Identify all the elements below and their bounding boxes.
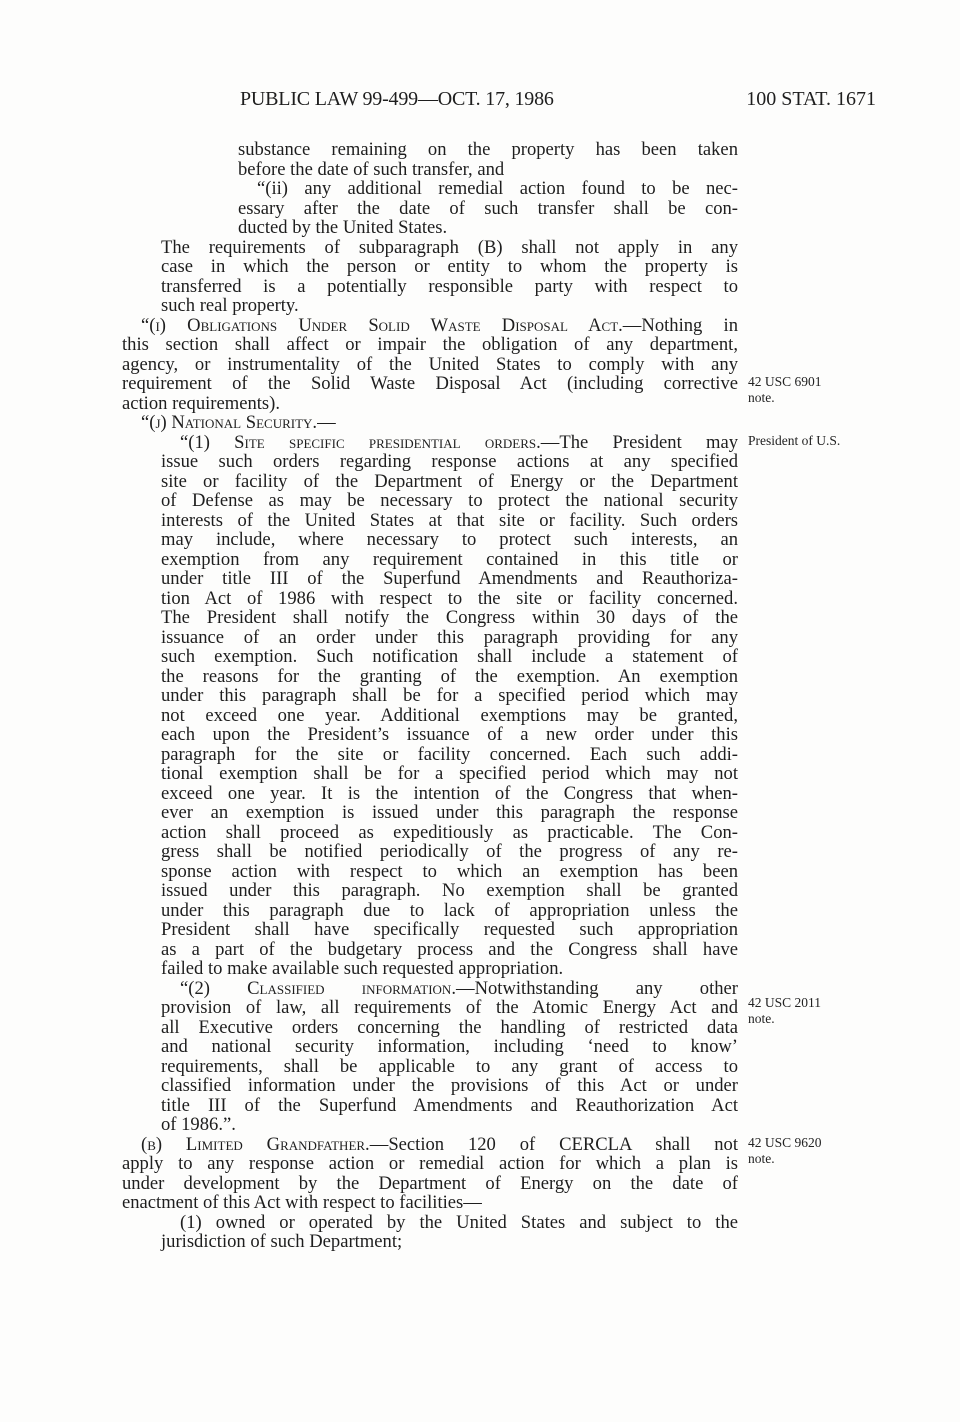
line-text: the reasons for the granting of the exem… bbox=[161, 666, 738, 687]
text-line: under title III of the Superfund Amendme… bbox=[161, 569, 738, 589]
section-heading: “(i) Obligations Under Solid Waste Dispo… bbox=[141, 315, 623, 336]
text-line: ever an exemption is issued under this p… bbox=[161, 803, 738, 823]
line-text: not exceed one year. Additional exemptio… bbox=[161, 705, 738, 726]
statute-page-number: 100 STAT. 1671 bbox=[746, 88, 876, 111]
line-text: issue such orders regarding response act… bbox=[161, 451, 738, 472]
text-line: issuance of an order under this paragrap… bbox=[161, 628, 738, 648]
line-text: such exemption. Such notification shall … bbox=[161, 646, 738, 667]
line-text: title III of the Superfund Amendments an… bbox=[161, 1095, 738, 1116]
line-text: ever an exemption is issued under this p… bbox=[161, 802, 738, 823]
line-text: failed to make available such requested … bbox=[161, 958, 563, 979]
text-line: as a part of the budgetary process and t… bbox=[161, 940, 738, 960]
text-line: “(2) Classified information.—Notwithstan… bbox=[180, 979, 738, 999]
document-page: PUBLIC LAW 99-499—OCT. 17, 1986 100 STAT… bbox=[0, 0, 960, 1422]
line-text: The President shall notify the Congress … bbox=[161, 607, 738, 628]
text-line: The President shall notify the Congress … bbox=[161, 608, 738, 628]
line-text: (1) owned or operated by the United Stat… bbox=[180, 1212, 738, 1233]
text-line: title III of the Superfund Amendments an… bbox=[161, 1096, 738, 1116]
line-text: this section shall affect or impair the … bbox=[122, 334, 738, 355]
text-line: gress shall be notified periodically of … bbox=[161, 842, 738, 862]
line-text: —Nothing in bbox=[623, 315, 738, 336]
text-line: The requirements of subparagraph (B) sha… bbox=[161, 238, 738, 258]
text-line: exceed one year. It is the intention of … bbox=[161, 784, 738, 804]
section-heading: (b) Limited Grandfather. bbox=[141, 1134, 370, 1155]
text-line: transferred is a potentially responsible… bbox=[161, 277, 738, 297]
line-text: substance remaining on the property has … bbox=[238, 139, 738, 160]
text-line: failed to make available such requested … bbox=[161, 959, 738, 979]
line-text: requirement of the Solid Waste Disposal … bbox=[122, 373, 738, 394]
line-text: transferred is a potentially responsible… bbox=[161, 276, 738, 297]
margin-note-line: 42 USC 9620 bbox=[748, 1135, 822, 1151]
text-line: each upon the President’s issuance of a … bbox=[161, 725, 738, 745]
text-line: apply to any response action or remedial… bbox=[122, 1154, 738, 1174]
margin-note: 42 USC 6901note. bbox=[748, 374, 822, 406]
text-line: action shall proceed as expeditiously as… bbox=[161, 823, 738, 843]
line-text: under title III of the Superfund Amendme… bbox=[161, 568, 738, 589]
line-text: such real property. bbox=[161, 295, 299, 316]
text-line: under development by the Department of E… bbox=[122, 1174, 738, 1194]
text-line: jurisdiction of such Department; bbox=[161, 1232, 738, 1252]
text-line: exemption from any requirement contained… bbox=[161, 550, 738, 570]
margin-note-line: President of U.S. bbox=[748, 433, 840, 449]
text-line: the reasons for the granting of the exem… bbox=[161, 667, 738, 687]
margin-note-line: 42 USC 6901 bbox=[748, 374, 822, 390]
line-text: enactment of this Act with respect to fa… bbox=[122, 1192, 482, 1213]
line-text: under development by the Department of E… bbox=[122, 1173, 738, 1194]
page-header: PUBLIC LAW 99-499—OCT. 17, 1986 100 STAT… bbox=[240, 88, 876, 114]
line-text: apply to any response action or remedial… bbox=[122, 1153, 738, 1174]
text-line: site or facility of the Department of En… bbox=[161, 472, 738, 492]
text-line: of Defense as may be necessary to protec… bbox=[161, 491, 738, 511]
margin-note-line: note. bbox=[748, 1151, 822, 1167]
text-line: such real property. bbox=[161, 296, 738, 316]
line-text: gress shall be notified periodically of … bbox=[161, 841, 738, 862]
text-line: not exceed one year. Additional exemptio… bbox=[161, 706, 738, 726]
line-text: under this paragraph shall be for a spec… bbox=[161, 685, 738, 706]
text-line: classified information under the provisi… bbox=[161, 1076, 738, 1096]
line-text: paragraph for the site or facility conce… bbox=[161, 744, 738, 765]
line-text: tion Act of 1986 with respect to the sit… bbox=[161, 588, 738, 609]
line-text: all Executive orders concerning the hand… bbox=[161, 1017, 738, 1038]
text-line: of 1986.”. bbox=[161, 1115, 738, 1135]
line-text: issuance of an order under this paragrap… bbox=[161, 627, 738, 648]
text-line: under this paragraph shall be for a spec… bbox=[161, 686, 738, 706]
margin-note: President of U.S. bbox=[748, 433, 840, 449]
text-line: may include, where necessary to protect … bbox=[161, 530, 738, 550]
line-text: before the date of such transfer, and bbox=[238, 159, 504, 180]
text-line: agency, or instrumentality of the United… bbox=[122, 355, 738, 375]
text-line: “(i) Obligations Under Solid Waste Dispo… bbox=[141, 316, 738, 336]
line-text: —Section 120 of CERCLA shall not bbox=[370, 1134, 738, 1155]
line-text: may include, where necessary to protect … bbox=[161, 529, 738, 550]
line-text: provision of law, all requirements of th… bbox=[161, 997, 738, 1018]
line-text: The requirements of subparagraph (B) sha… bbox=[161, 237, 738, 258]
text-line: under this paragraph due to lack of appr… bbox=[161, 901, 738, 921]
text-line: President shall have specifically reques… bbox=[161, 920, 738, 940]
text-line: enactment of this Act with respect to fa… bbox=[122, 1193, 738, 1213]
line-text: —The President may bbox=[541, 432, 738, 453]
text-line: (1) owned or operated by the United Stat… bbox=[180, 1213, 738, 1233]
text-line: provision of law, all requirements of th… bbox=[161, 998, 738, 1018]
line-text: “(ii) any additional remedial action fou… bbox=[257, 178, 738, 199]
line-text: as a part of the budgetary process and t… bbox=[161, 939, 738, 960]
text-line: tional exemption shall be for a specifie… bbox=[161, 764, 738, 784]
text-line: all Executive orders concerning the hand… bbox=[161, 1018, 738, 1038]
line-text: interests of the United States at that s… bbox=[161, 510, 738, 531]
text-line: such exemption. Such notification shall … bbox=[161, 647, 738, 667]
text-line: (b) Limited Grandfather.—Section 120 of … bbox=[141, 1135, 738, 1155]
line-text: issued under this paragraph. No exemptio… bbox=[161, 880, 738, 901]
text-line: requirements, shall be applicable to any… bbox=[161, 1057, 738, 1077]
text-line: action requirements). bbox=[122, 394, 738, 414]
line-text: exemption from any requirement contained… bbox=[161, 549, 738, 570]
line-text: case in which the person or entity to wh… bbox=[161, 256, 738, 277]
section-heading: “(1) Site specific presidential orders. bbox=[180, 432, 541, 453]
text-line: sponse action with respect to which an e… bbox=[161, 862, 738, 882]
section-heading: “(2) Classified information. bbox=[180, 978, 456, 999]
line-text: under this paragraph due to lack of appr… bbox=[161, 900, 738, 921]
text-line: this section shall affect or impair the … bbox=[122, 335, 738, 355]
text-line: and national security information, inclu… bbox=[161, 1037, 738, 1057]
text-line: substance remaining on the property has … bbox=[238, 140, 738, 160]
line-text: tional exemption shall be for a specifie… bbox=[161, 763, 738, 784]
text-line: tion Act of 1986 with respect to the sit… bbox=[161, 589, 738, 609]
line-text: and national security information, inclu… bbox=[161, 1036, 738, 1057]
text-line: issued under this paragraph. No exemptio… bbox=[161, 881, 738, 901]
line-text: essary after the date of such transfer s… bbox=[238, 198, 738, 219]
line-text: agency, or instrumentality of the United… bbox=[122, 354, 738, 375]
line-text: site or facility of the Department of En… bbox=[161, 471, 738, 492]
section-heading: “(j) National Security. bbox=[141, 412, 317, 433]
margin-note-line: note. bbox=[748, 390, 822, 406]
line-text: President shall have specifically reques… bbox=[161, 919, 738, 940]
text-line: requirement of the Solid Waste Disposal … bbox=[122, 374, 738, 394]
line-text: each upon the President’s issuance of a … bbox=[161, 724, 738, 745]
law-title: PUBLIC LAW 99-499—OCT. 17, 1986 bbox=[240, 88, 554, 111]
margin-note-line: 42 USC 2011 bbox=[748, 995, 821, 1011]
text-line: “(1) Site specific presidential orders.—… bbox=[180, 433, 738, 453]
text-line: “(ii) any additional remedial action fou… bbox=[257, 179, 738, 199]
line-text: exceed one year. It is the intention of … bbox=[161, 783, 738, 804]
text-line: issue such orders regarding response act… bbox=[161, 452, 738, 472]
line-text: sponse action with respect to which an e… bbox=[161, 861, 738, 882]
line-text: action requirements). bbox=[122, 393, 280, 414]
line-text: of Defense as may be necessary to protec… bbox=[161, 490, 738, 511]
margin-note: 42 USC 2011note. bbox=[748, 995, 821, 1027]
line-text: jurisdiction of such Department; bbox=[161, 1231, 402, 1252]
line-text: — bbox=[317, 412, 336, 433]
line-text: —Notwithstanding any other bbox=[456, 978, 738, 999]
margin-note-line: note. bbox=[748, 1011, 821, 1027]
line-text: ducted by the United States. bbox=[238, 217, 447, 238]
line-text: of 1986.”. bbox=[161, 1114, 236, 1135]
text-line: interests of the United States at that s… bbox=[161, 511, 738, 531]
text-line: “(j) National Security.— bbox=[141, 413, 441, 433]
text-line: case in which the person or entity to wh… bbox=[161, 257, 738, 277]
line-text: classified information under the provisi… bbox=[161, 1075, 738, 1096]
margin-note: 42 USC 9620note. bbox=[748, 1135, 822, 1167]
line-text: action shall proceed as expeditiously as… bbox=[161, 822, 738, 843]
text-line: ducted by the United States. bbox=[238, 218, 738, 238]
text-line: paragraph for the site or facility conce… bbox=[161, 745, 738, 765]
text-line: essary after the date of such transfer s… bbox=[238, 199, 738, 219]
line-text: requirements, shall be applicable to any… bbox=[161, 1056, 738, 1077]
text-line: before the date of such transfer, and bbox=[238, 160, 738, 180]
